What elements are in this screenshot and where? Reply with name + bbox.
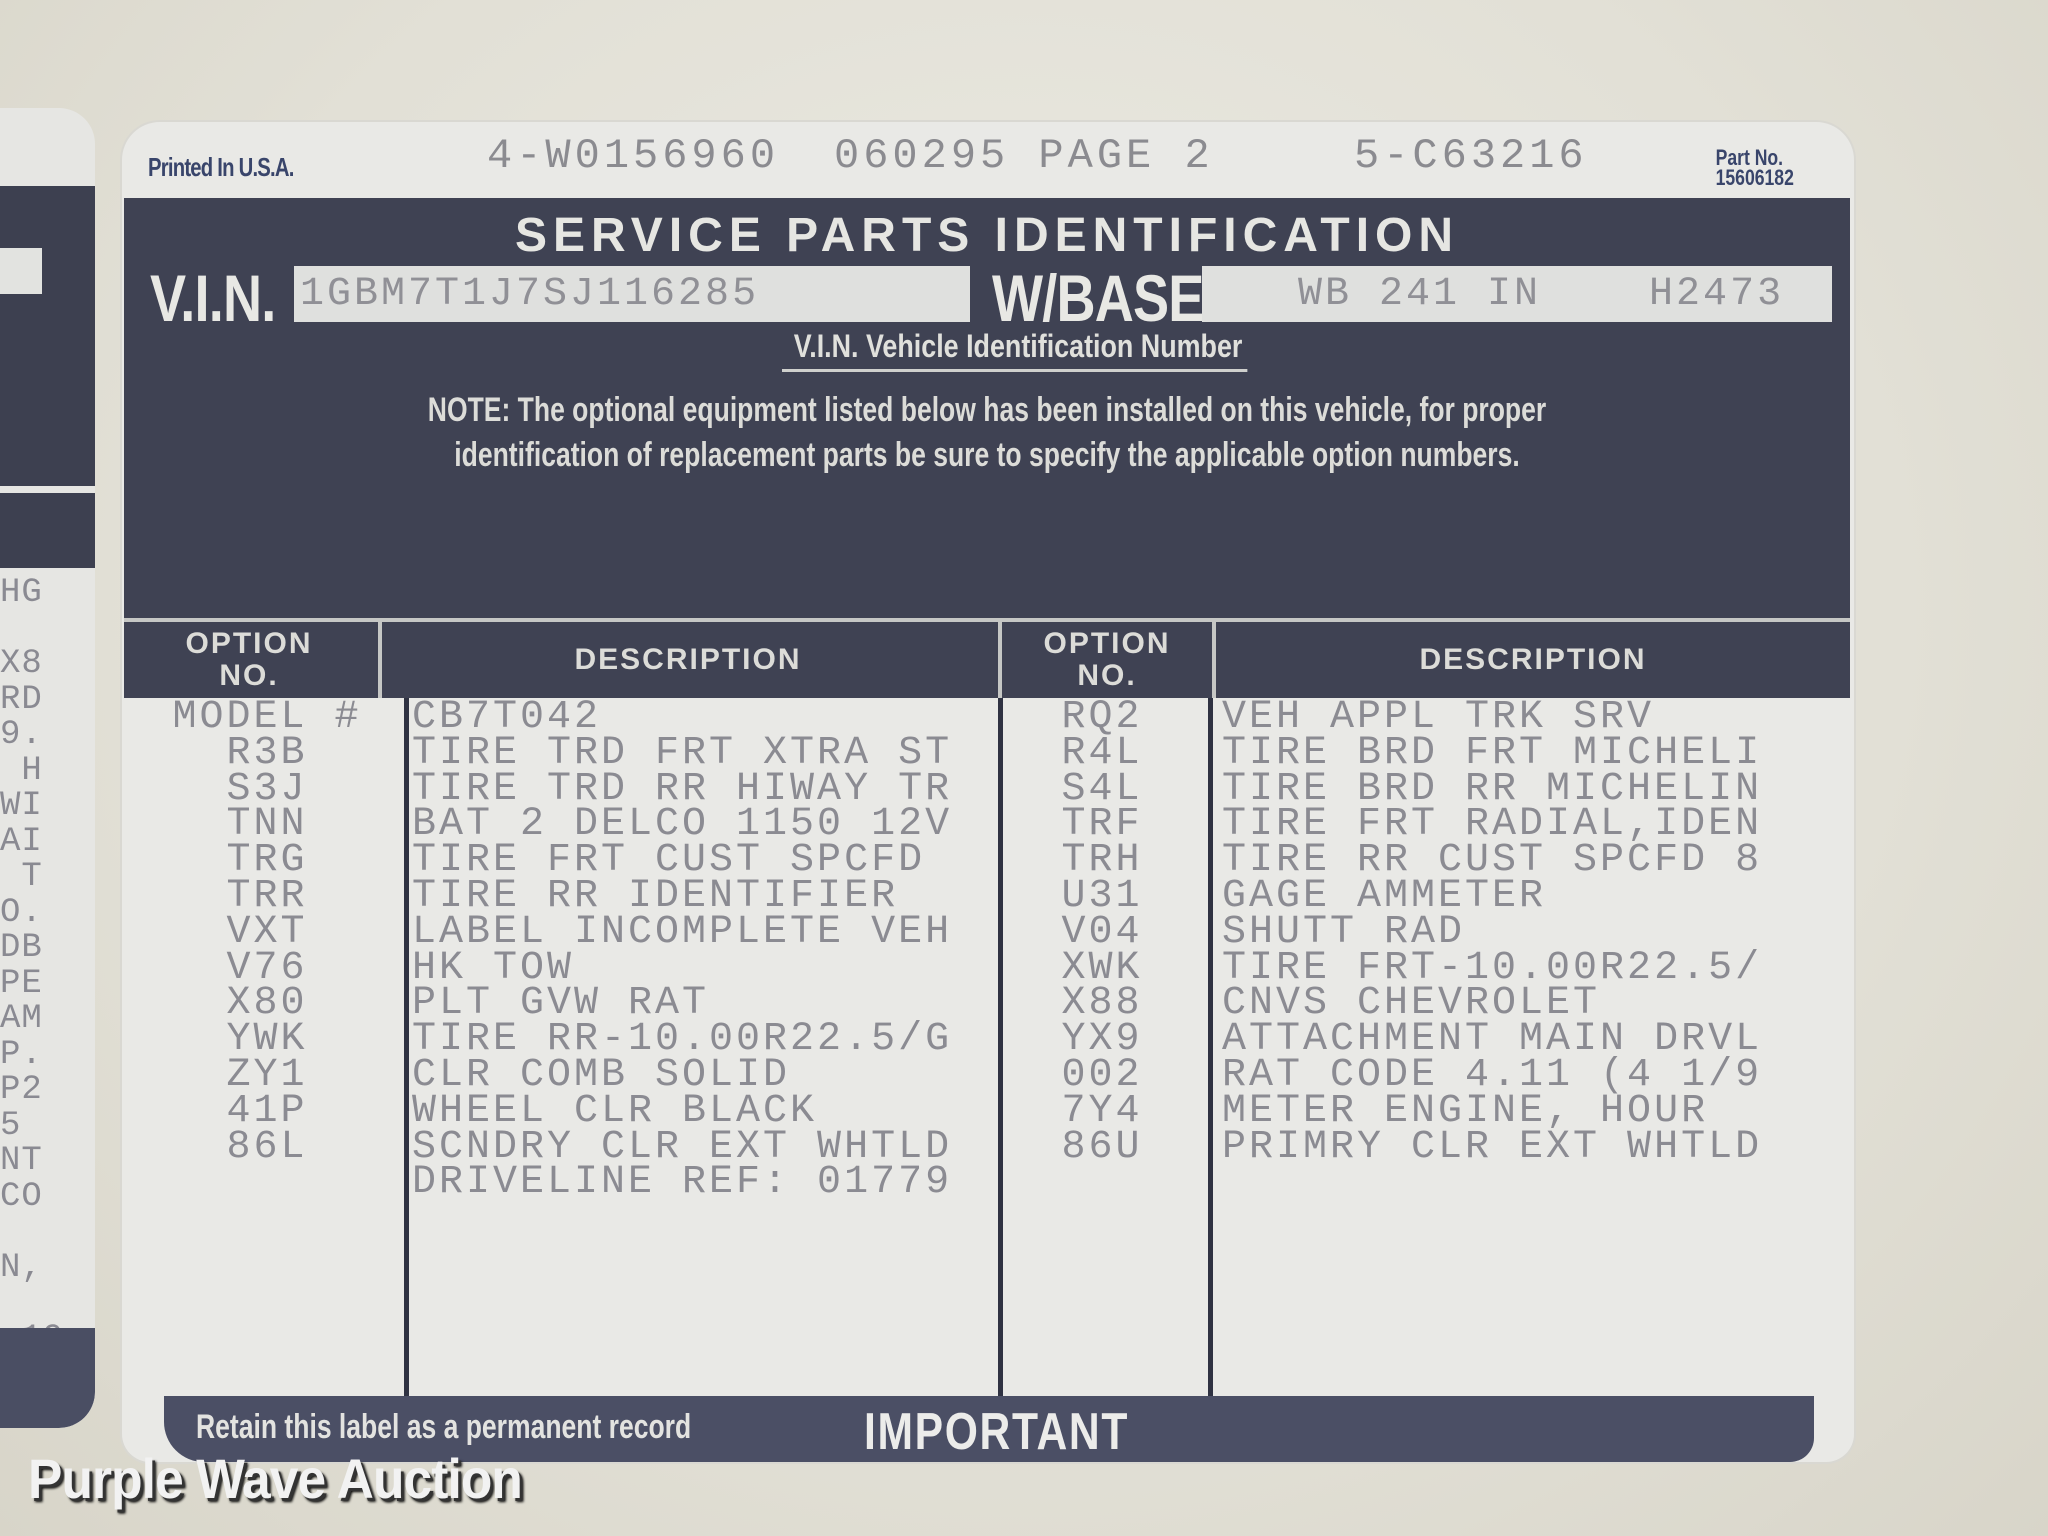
vin-value: 1GBM7T1J7SJ116285 xyxy=(294,266,970,322)
sequence-number: 5-C63216 xyxy=(1354,132,1588,180)
label-top-line: Printed In U.S.A. 4-W0156960 060295 PAGE… xyxy=(122,122,1854,198)
column-header-option-no-left: OPTION NO. xyxy=(124,622,374,698)
adjacent-label-code xyxy=(0,612,64,648)
note-line-1: NOTE: The optional equipment listed belo… xyxy=(314,388,1660,433)
option-code xyxy=(142,1165,392,1201)
adjacent-label-code: X8 xyxy=(0,647,64,683)
column-divider xyxy=(404,698,409,1398)
note-text: NOTE: The optional equipment listed belo… xyxy=(314,388,1660,478)
part-number: Part No. 15606182 xyxy=(1716,148,1794,188)
option-code: 86U xyxy=(1002,1130,1202,1166)
right-descriptions: VEH APPL TRK SRVTIRE BRD FRT MICHELITIRE… xyxy=(1222,700,1842,1165)
adjacent-label-code: P2 xyxy=(0,1073,64,1109)
adjacent-label-codes: HG X8RD9. HWIAI TO.DBPEAMP.P25NTCO N, 19 xyxy=(0,576,64,1357)
adjacent-label-code: AM xyxy=(0,1002,64,1038)
adjacent-label-field xyxy=(0,248,42,294)
wbase-value-text: WB 241 IN H2473 xyxy=(1298,272,1784,317)
vin-caption: V.I.N. Vehicle Identification Number xyxy=(782,328,1247,372)
column-header-band: OPTION NO. DESCRIPTION OPTION NO. DESCRI… xyxy=(124,622,1850,698)
left-option-codes: MODEL #R3BS3JTNNTRGTRRVXTV76X80YWKZY141P… xyxy=(142,700,392,1201)
adjacent-label-code: AI xyxy=(0,825,64,861)
column-header-description-left: DESCRIPTION xyxy=(378,622,998,698)
right-option-codes: RQ2R4LS4LTRFTRHU31V04XWKX88YX90027Y486U xyxy=(1002,700,1202,1165)
adjacent-label-code: N, xyxy=(0,1251,64,1287)
column-header-description-right: DESCRIPTION xyxy=(1216,622,1850,698)
service-parts-label: Printed In U.S.A. 4-W0156960 060295 PAGE… xyxy=(122,122,1854,1462)
watermark: Purple Wave Auction xyxy=(28,1446,522,1511)
adjacent-label-column-band xyxy=(0,493,95,568)
adjacent-label-code: NT xyxy=(0,1144,64,1180)
label-header-band: SERVICE PARTS IDENTIFICATION V.I.N. 1GBM… xyxy=(124,198,1850,618)
document-number: 4-W0156960 xyxy=(487,132,779,180)
adjacent-label-footer-band xyxy=(0,1328,95,1428)
vin-label: V.I.N. xyxy=(150,260,275,336)
wbase-label: W/BASE xyxy=(992,260,1204,336)
label-title: SERVICE PARTS IDENTIFICATION xyxy=(124,208,1850,263)
adjacent-label-partial: HG X8RD9. HWIAI TO.DBPEAMP.P25NTCO N, 19 xyxy=(0,108,95,1428)
important-heading: IMPORTANT xyxy=(864,1402,1129,1462)
note-line-2: identification of replacement parts be s… xyxy=(314,433,1660,478)
option-description: PRIMRY CLR EXT WHTLD xyxy=(1222,1130,1842,1166)
column-divider xyxy=(998,622,1002,698)
wbase-value: WB 241 IN H2473 xyxy=(1202,266,1832,322)
part-number-value: 15606182 xyxy=(1716,168,1794,188)
retain-notice: Retain this label as a permanent record xyxy=(196,1408,691,1447)
column-divider xyxy=(378,622,382,698)
left-descriptions: CB7T042TIRE TRD FRT XTRA STTIRE TRD RR H… xyxy=(412,700,1002,1201)
adjacent-label-code: H xyxy=(0,754,64,790)
adjacent-label-code: HG xyxy=(0,576,64,612)
column-header-option-no-right: OPTION NO. xyxy=(1002,622,1212,698)
adjacent-label-code xyxy=(0,1215,64,1251)
adjacent-label-code: WI xyxy=(0,789,64,825)
adjacent-label-code: 9. xyxy=(0,718,64,754)
printed-in-usa: Printed In U.S.A. xyxy=(148,152,294,183)
option-description: DRIVELINE REF: 01779 xyxy=(412,1165,1002,1201)
adjacent-label-header-band xyxy=(0,186,95,486)
adjacent-label-code: DB xyxy=(0,931,64,967)
adjacent-label-code: T xyxy=(0,860,64,896)
adjacent-label-code: RD xyxy=(0,683,64,719)
adjacent-label-code: O. xyxy=(0,896,64,932)
column-divider xyxy=(1212,622,1216,698)
adjacent-label-code: CO xyxy=(0,1180,64,1216)
adjacent-label-code: P. xyxy=(0,1038,64,1074)
date-page: 060295 PAGE 2 xyxy=(834,132,1214,180)
column-divider xyxy=(1208,698,1213,1398)
adjacent-label-code xyxy=(0,1286,64,1322)
adjacent-label-code: PE xyxy=(0,967,64,1003)
adjacent-label-code: 5 xyxy=(0,1109,64,1145)
